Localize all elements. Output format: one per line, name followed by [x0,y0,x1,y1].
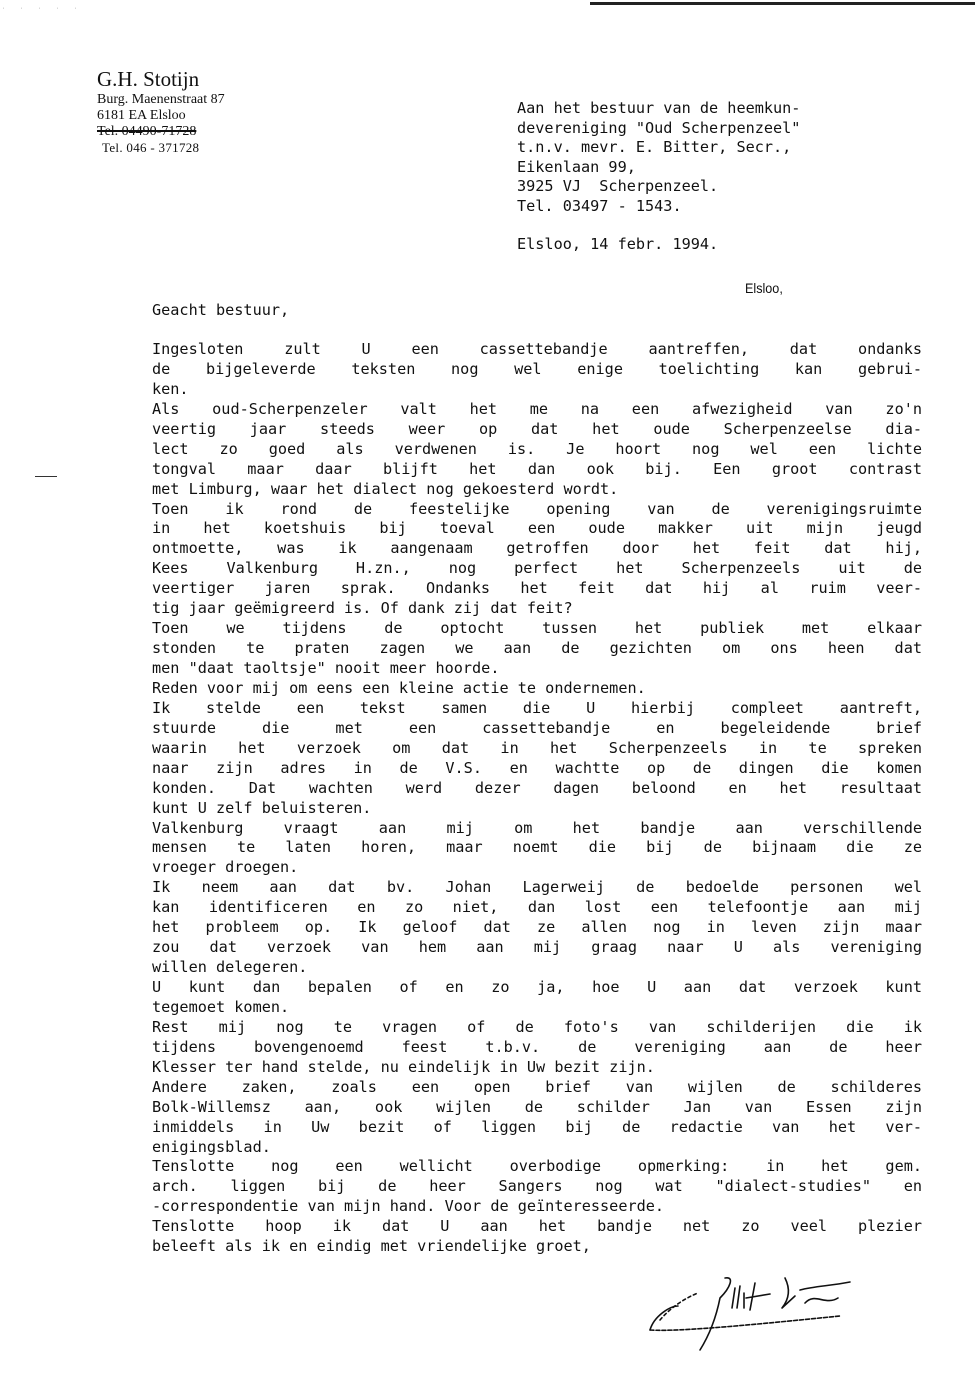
letter-date: Elsloo, 14 febr. 1994. [517,235,718,253]
body-line: Toen we tijdens de optocht tussen het pu… [152,619,922,639]
recipient-line: Tel. 03497 - 1543. [517,197,800,217]
body-line: veertiger jaren sprak. Ondanks het feit … [152,579,922,599]
body-line: -correspondentie van mijn hand. Voor de … [152,1197,922,1217]
body-line: vroeger droegen. [152,858,922,878]
body-line: beleeft als ik en eindig met vriendelijk… [152,1237,922,1257]
body-line: Tenslotte hoop ik dat U aan het bandje n… [152,1217,922,1237]
body-line: het probleem op. Ik geloof dat ze allen … [152,918,922,938]
body-line: tijdens bovengenoemd feest t.b.v. de ver… [152,1038,922,1058]
printed-place-label: Elsloo, [745,280,783,296]
body-line: Klesser ter hand stelde, nu eindelijk in… [152,1058,922,1078]
body-line: konden. Dat wachten werd dezer dagen bel… [152,779,922,799]
body-line: inmiddels in Uw bezit of liggen bij de r… [152,1118,922,1138]
body-line: Ik stelde een tekst samen die U hierbij … [152,699,922,719]
recipient-line: Aan het bestuur van de heemkun- [517,99,800,119]
body-line: de bijgeleverde teksten nog wel enige to… [152,360,922,380]
scan-noise-artifact: · · · · · [2,6,83,12]
recipient-line: devereniging "Oud Scherpenzeel" [517,119,800,139]
letter-body: Ingesloten zult U een cassettebandje aan… [152,340,922,1257]
body-line: enigingsblad. [152,1138,922,1158]
body-line: met Limburg, waar het dialect nog gekoes… [152,480,922,500]
body-line: Kees Valkenburg H.zn., nog perfect het S… [152,559,922,579]
body-line: Toen ik rond de feestelijke opening van … [152,500,922,520]
sender-letterhead: G.H. Stotijn Burg. Maenenstraat 87 6181 … [97,66,225,156]
recipient-address: Aan het bestuur van de heemkun-deverenig… [517,99,800,217]
body-line: Tenslotte nog een wellicht overbodige op… [152,1157,922,1177]
sender-name: G.H. Stotijn [97,66,225,92]
body-line: tongval maar daar blijft het dan ook bij… [152,460,922,480]
sender-street: Burg. Maenenstraat 87 [97,92,225,108]
body-line: in het koetshuis bij toeval een oude mak… [152,519,922,539]
body-line: ken. [152,380,922,400]
body-line: Bolk-Willemsz aan, ook wijlen de schilde… [152,1098,922,1118]
body-line: U kunt dan bepalen of en zo ja, hoe U aa… [152,978,922,998]
body-line: zou dat verzoek van hem aan mij graag na… [152,938,922,958]
body-line: tig jaar geëmigreerd is. Of dank zij dat… [152,599,922,619]
sender-old-phone-struck: Tel. 04490-71728 [97,124,225,140]
body-line: Andere zaken, zoals een open brief van w… [152,1078,922,1098]
body-line: Als oud-Scherpenzeler valt het me na een… [152,400,922,420]
body-line: Ik neem aan dat bv. Johan Lagerweij de b… [152,878,922,898]
sender-city: 6181 EA Elsloo [97,108,225,124]
scan-edge-artifact [590,2,975,5]
body-line: mensen te laten horen, maar noemt die bi… [152,838,922,858]
body-line: ontmoette, was ik aangenaam getroffen do… [152,539,922,559]
recipient-line: Eikenlaan 99, [517,158,800,178]
handwritten-signature-icon [640,1268,880,1368]
margin-mark [35,476,57,477]
body-line: kan identificeren en zo niet, dan lost e… [152,898,922,918]
body-line: kunt U zelf beluisteren. [152,799,922,819]
body-line: willen delegeren. [152,958,922,978]
body-line: tegemoet komen. [152,998,922,1018]
body-line: Ingesloten zult U een cassettebandje aan… [152,340,922,360]
salutation: Geacht bestuur, [152,301,289,319]
body-line: Rest mij nog te vragen of de foto's van … [152,1018,922,1038]
body-line: men "daat taoltsje" nooit meer hoorde. [152,659,922,679]
body-line: lect zo goed als verdwenen is. Je hoort … [152,440,922,460]
body-line: Reden voor mij om eens een kleine actie … [152,679,922,699]
body-line: stonden te praten zagen we aan de gezich… [152,639,922,659]
body-line: stuurde die met een cassettebandje en be… [152,719,922,739]
body-line: veertig jaar steeds weer op dat het oude… [152,420,922,440]
recipient-line: t.n.v. mevr. E. Bitter, Secr., [517,138,800,158]
body-line: naar zijn adres in de V.S. en wachtte op… [152,759,922,779]
body-line: Valkenburg vraagt aan mij om het bandje … [152,819,922,839]
body-line: arch. liggen bij de heer Sangers nog wat… [152,1177,922,1197]
body-line: waarin het verzoek om dat in het Scherpe… [152,739,922,759]
recipient-line: 3925 VJ Scherpenzeel. [517,177,800,197]
sender-phone: Tel. 046 - 371728 [97,140,225,156]
